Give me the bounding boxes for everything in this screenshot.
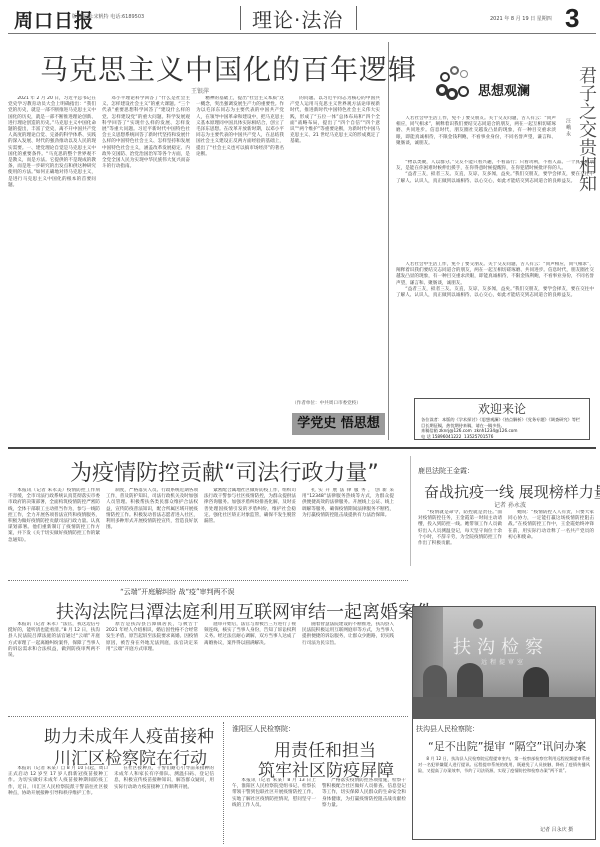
photo-sign-sub: 远程提审室 [481, 657, 526, 666]
welcome-title: 欢迎来论 [415, 400, 589, 417]
luyi-article-kicker: 鹿邑法院王金霞： [418, 466, 474, 476]
luyi-column-2: 她说：“疫情防控人人有责，只要大家同心协力，一定能打赢这场疫情防控阻击战。”在疫… [508, 510, 594, 560]
justice-column-4: 扎实开展法律服务，创新采用“12348”法律服务热线等方式，为群众提供便捷高效的… [302, 488, 394, 576]
essay-paragraph-3: 人若社会中生活工作，免不了要交朋友。关于交友问题，古人有云：“同声相应，同气相求… [396, 262, 594, 374]
emblem-icon [473, 619, 483, 629]
party-history-banner: 学党史 悟思想 [292, 413, 385, 435]
email-1[interactable]: zknrj@126.com [439, 428, 472, 433]
court-article-kicker: “云端”开庭解纠纷 战“疫”审判两不误 [120, 587, 235, 597]
lead-article-author: 王银萍 [170, 86, 230, 95]
photo-sign-main: 扶沟检察 [453, 633, 549, 659]
dotted-divider [8, 716, 408, 717]
email-2[interactable]: zknh1234@126.com [474, 428, 517, 433]
justice-column-1: 本报讯（记者 朱永美）疫情防控工作刻不容缓，全市司法行政系统认真贯彻落实市委市政… [8, 488, 100, 576]
photo-credit: 记者 吕永庆 摄 [540, 826, 573, 833]
procuratorate-text: 8 月 12 日，扶沟县人民检察院远程提审室内，第一检察部检察官利用远程视频提审… [418, 756, 590, 824]
section-title: 理论·法治 [252, 4, 343, 33]
court-column-3: 庭审开始后，法官与原被告三方进行了视频连线，核实了当事人身份，告知了诉讼权利义务… [204, 622, 296, 714]
justice-article-title: 为疫情防控贡献“司法行政力量” [70, 456, 379, 487]
essay-author: 汪 峨 永 [563, 118, 571, 136]
email-label: 来稿信箱 [421, 428, 438, 433]
column-divider [388, 42, 389, 440]
huaiyang-column-1: 本报讯（记者 朱某）8 月 13 日上午，淮阳区人民检察院党组书记、检察长带领干… [232, 778, 316, 844]
lead-article-column-2: 邓小平理论科学回答了“什么是社会主义、怎样建设社会主义”的重大课题。“三个代表”… [102, 96, 190, 439]
page-number: 3 [565, 3, 579, 34]
masthead-rule [8, 33, 596, 34]
vaccine-column-2: 在社区接种点，干警们耐心引导前来接种的未成年人和家长有序排队、测温扫码、登记信息… [114, 766, 214, 844]
luyi-column-1: “疫情就是命令，防控就是责任。”面对疫情防控任务，王金霞第一时间主动请缨，投入到… [418, 510, 502, 560]
author-affiliation: （作者单位：中共周口市委党校） [292, 400, 361, 406]
court-article-title: 扶沟法院吕潭法庭利用互联网审结一起离婚案件 [56, 598, 434, 624]
issue-date: 2021 年 8 月 19 日 星期四 [490, 15, 552, 22]
phone-2: 13525701576 [464, 434, 493, 439]
justice-column-2: 制度，严格落实人员、行政系统近期各项工作，普及防护知识，司法行政机关及时加强人员… [106, 488, 198, 576]
lead-article-column-1: 2021 年 2 月 20 日，习近平总书记在党史学习教育动员大会上明确指出：“… [8, 96, 96, 439]
phone-label: 电 话 [421, 434, 431, 439]
column-logo-title: 思想观澜 [478, 80, 530, 99]
divider [356, 6, 357, 30]
divider [240, 6, 241, 30]
desk [413, 697, 595, 719]
welcome-submissions-box: 欢迎来论 各位读者：本版的《学术探讨》《思想观澜》《热点解析》《党务专题》《调查… [414, 398, 590, 440]
procuratorate-kicker: 扶沟县人民检察院： [416, 724, 479, 734]
phone-1: 15896041222 [432, 434, 461, 439]
lead-article-column-4: 的问题。以习近平同志为核心的中国共产党人运用马克思主义世界观方法论审视新时代，推… [290, 96, 380, 398]
lead-article-column-3: 精神的基础上，提出“社会主义本质”这一概念，突出强调发展生产力的重要性。作为以毛… [196, 96, 284, 439]
procuratorate-title: “足不出院”提审 “隔空”讯问办案 [428, 738, 586, 754]
court-column-4: 随着智慧法院建设的不断推进，扶沟县人民法院积极运用互联网庭审等方式，为当事人提供… [302, 622, 394, 714]
lead-article-title: 马克思主义中国化的百年逻辑 [40, 48, 417, 88]
dotted-divider [8, 580, 408, 581]
section-rule [8, 447, 596, 449]
court-column-1: 本报讯（记者 朱永）“法官，我这边信号挺好的，能听清也能看清。”8 月 12 日… [8, 622, 100, 714]
remote-arraignment-photo: 扶沟检察 远程提审室 [413, 607, 595, 719]
luyi-article-title: 奋战抗疫一线 展现榜样力量 [424, 481, 600, 502]
essay-paragraph-2: “物以类聚，人以群分。”交友不能只看兴趣，不看品行；只看功利，不看人品。一个真正… [396, 160, 594, 260]
huaiyang-column-2: 严格落实疫情防控各项措施，检察干警积极配合社区做好人员排查、信息登记等工作，切实… [322, 778, 406, 844]
justice-column-3: 紧密配合属地社区做好防疫工作，组织司法行政干警参与社区疫情防控，为群众提供法律咨… [204, 488, 296, 576]
dotted-divider [223, 722, 224, 844]
editor-info: 版面编辑:宋帆特 电话:6189503 [72, 13, 144, 20]
essay-paragraph-1: 人若社会中生活工作，免不了要交朋友。关于交友问题，古人有云：“同声相应，同气相求… [396, 116, 556, 158]
vaccine-column-1: 本报讯（记者 朱某）自 8 月 10 日起，周口正式启动 12 岁至 17 岁人… [8, 766, 108, 844]
court-column-2: 原告是扶沟县吕潭镇居民，与被告于 2021 年经人介绍相识，婚后因性格不合经常发… [106, 622, 198, 714]
column-divider [410, 456, 411, 566]
welcome-text: 各位读者：本版的《学术探讨》《思想观澜》《热点解析》《党务专题》《调查研究》等栏… [415, 417, 589, 428]
rings-logo-icon [436, 66, 476, 102]
huaiyang-kicker: 淮阳区人民检察院： [232, 724, 295, 734]
luyi-article-author: 记者 孙永波 [470, 500, 550, 509]
